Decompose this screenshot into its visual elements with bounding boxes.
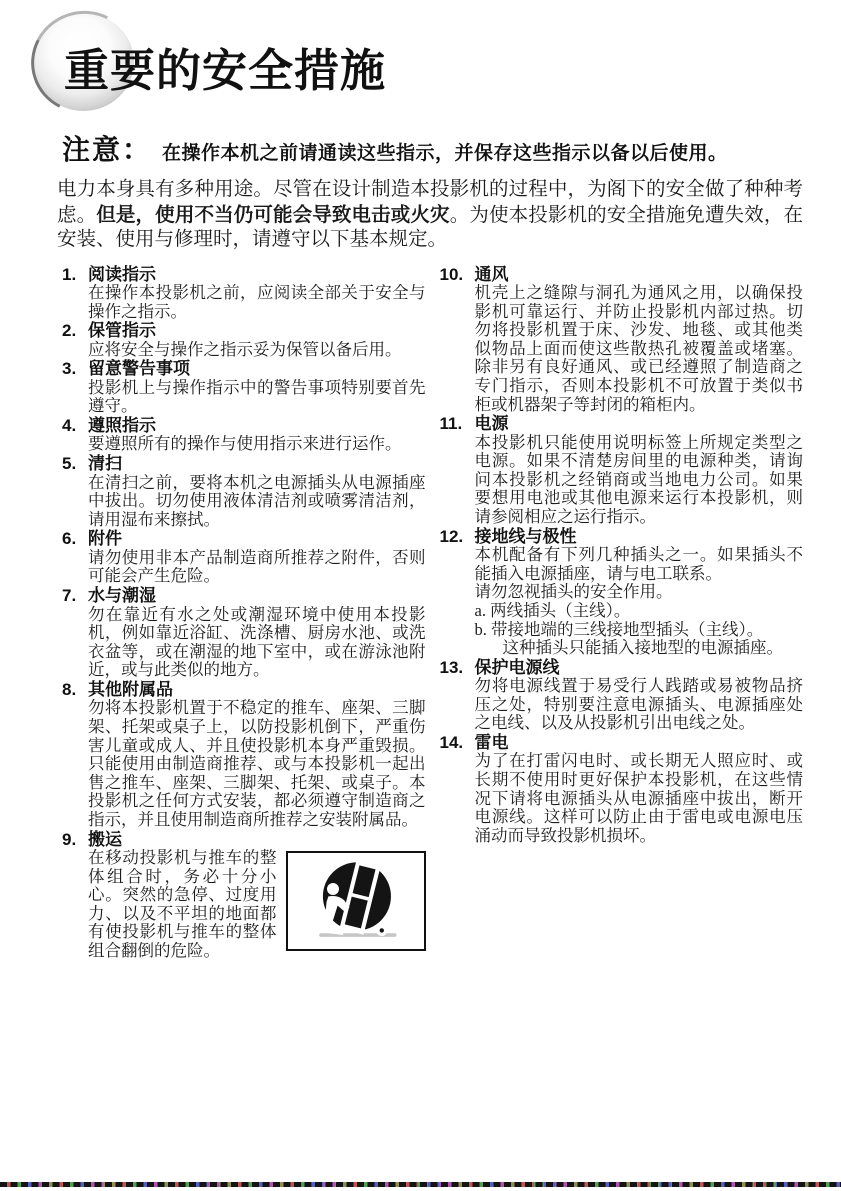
safety-instructions-page: 重要的安全措施 注意： 在操作本机之前请通读这些指示，并保存这些指示以备以后使用… — [0, 0, 841, 1191]
cart-tipping-icon — [291, 855, 421, 947]
item-heading: 清扫 — [88, 454, 426, 474]
item-body: 为了在打雷闪电时、或长期无人照应时、或长期不使用时更好保护本投影机，在这些情况下… — [475, 752, 804, 845]
safety-item: 8.其他附属品勿将本投影机置于不稳定的推车、座架、三脚架、托架或桌子上，以防投影… — [62, 680, 426, 830]
safety-item: 1.阅读指示在操作本投影机之前，应阅读全部关于安全与操作之指示。 — [62, 265, 426, 322]
item-number: 13. — [440, 658, 475, 733]
item-body: 本机配备有下列几种插头之一。如果插头不能插入电源插座，请与电工联系。 — [475, 546, 804, 583]
safety-item: 4.遵照指示要遵照所有的操作与使用指示来进行运作。 — [62, 416, 426, 454]
item-heading: 其他附属品 — [88, 680, 426, 700]
item-content: 电源本投影机只能使用说明标签上所规定类型之电源。如果不清楚房间里的电源种类，请询… — [475, 414, 804, 526]
item-number: 4. — [62, 416, 88, 454]
safety-item: 3.留意警告事项投影机上与操作指示中的警告事项特别要首先遵守。 — [62, 359, 426, 416]
notice-row: 注意： 在操作本机之前请通读这些指示，并保存这些指示以备以后使用。 — [62, 128, 803, 168]
safety-list-left: 1.阅读指示在操作本投影机之前，应阅读全部关于安全与操作之指示。2.保管指示应将… — [62, 265, 426, 961]
item-body: 投影机上与操作指示中的警告事项特别要首先遵守。 — [88, 379, 426, 416]
item-body: 机壳上之缝隙与洞孔为通风之用，以确保投影机可靠运行、并防止投影机内部过热。切勿将… — [475, 284, 804, 414]
item-content: 保管指示应将安全与操作之指示妥为保管以备后用。 — [88, 321, 426, 359]
item-body: 在清扫之前，要将本机之电源插头从电源插座中拔出。切勿使用液体清洁剂或喷雾清洁剂，… — [88, 474, 426, 530]
intro-bold-warning: 但是，使用不当仍可能会导致电击或火灾 — [96, 204, 449, 226]
item-heading: 保护电源线 — [475, 658, 804, 678]
item-body-line: b. 带接地端的三线接地型插头（主线）。 — [475, 621, 804, 640]
item-heading: 接地线与极性 — [475, 527, 804, 547]
item-number: 6. — [62, 529, 88, 586]
safety-item: 10.通风机壳上之缝隙与洞孔为通风之用，以确保投影机可靠运行、并防止投影机内部过… — [440, 265, 804, 415]
item-heading: 水与潮湿 — [88, 586, 426, 606]
item-heading: 遵照指示 — [88, 416, 426, 436]
item-heading: 阅读指示 — [88, 265, 426, 285]
safety-list-columns: 1.阅读指示在操作本投影机之前，应阅读全部关于安全与操作之指示。2.保管指示应将… — [62, 265, 803, 961]
item-body: 本投影机只能使用说明标签上所规定类型之电源。如果不清楚房间里的电源种类，请询问本… — [475, 434, 804, 527]
item-body: 应将安全与操作之指示妥为保管以备后用。 — [88, 341, 426, 360]
item-number: 11. — [440, 414, 475, 526]
notice-label: 注意： — [62, 128, 152, 168]
item-body: 请勿使用非本产品制造商所推荐之附件，否则可能会产生危险。 — [88, 549, 426, 586]
item-body: 勿将本投影机置于不稳定的推车、座架、三脚架、托架或桌子上，以防投影机倒下，严重伤… — [88, 699, 426, 829]
safety-item: 12.接地线与极性本机配备有下列几种插头之一。如果插头不能插入电源插座，请与电工… — [440, 527, 804, 658]
item-body: 勿将电源线置于易受行人践踏或易被物品挤压之处，特别要注意电源插头、电源插座处之电… — [475, 677, 804, 733]
safety-item: 9.搬运 在移动投影机与推车的整体组合时，务必十分小心。突然的急停、过度用力、以… — [62, 830, 426, 961]
item-content: 雷电为了在打雷闪电时、或长期无人照应时、或长期不使用时更好保护本投影机，在这些情… — [475, 733, 804, 845]
item-heading: 电源 — [475, 414, 804, 434]
item-heading: 附件 — [88, 529, 426, 549]
page-header: 重要的安全措施 — [0, 0, 841, 116]
item-body: 要遵照所有的操作与使用指示来进行运作。 — [88, 435, 426, 454]
safety-item: 14.雷电为了在打雷闪电时、或长期无人照应时、或长期不使用时更好保护本投影机，在… — [440, 733, 804, 845]
item-content: 清扫在清扫之前，要将本机之电源插头从电源插座中拔出。切勿使用液体清洁剂或喷雾清洁… — [88, 454, 426, 529]
item-heading: 通风 — [475, 265, 804, 285]
safety-item: 5.清扫在清扫之前，要将本机之电源插头从电源插座中拔出。切勿使用液体清洁剂或喷雾… — [62, 454, 426, 529]
item-heading: 雷电 — [475, 733, 804, 753]
cart-tipping-warning-image — [286, 851, 426, 951]
item-content: 留意警告事项投影机上与操作指示中的警告事项特别要首先遵守。 — [88, 359, 426, 416]
item-heading: 保管指示 — [88, 321, 426, 341]
item-number: 2. — [62, 321, 88, 359]
item-heading: 留意警告事项 — [88, 359, 426, 379]
item-body-line: 这种插头只能插入接地型的电源插座。 — [475, 639, 804, 658]
item-content: 附件请勿使用非本产品制造商所推荐之附件，否则可能会产生危险。 — [88, 529, 426, 586]
item-number: 12. — [440, 527, 475, 658]
safety-item: 7.水与潮湿勿在靠近有水之处或潮湿环境中使用本投影机，例如靠近浴缸、洗涤槽、厨房… — [62, 586, 426, 680]
item-number: 5. — [62, 454, 88, 529]
safety-list-right: 10.通风机壳上之缝隙与洞孔为通风之用，以确保投影机可靠运行、并防止投影机内部过… — [440, 265, 804, 961]
item-content: 遵照指示要遵照所有的操作与使用指示来进行运作。 — [88, 416, 426, 454]
item-body: 勿在靠近有水之处或潮湿环境中使用本投影机，例如靠近浴缸、洗涤槽、厨房水池、或洗衣… — [88, 606, 426, 680]
safety-item: 11.电源本投影机只能使用说明标签上所规定类型之电源。如果不清楚房间里的电源种类… — [440, 414, 804, 526]
item-number: 1. — [62, 265, 88, 322]
item-content: 接地线与极性本机配备有下列几种插头之一。如果插头不能插入电源插座，请与电工联系。… — [475, 527, 804, 658]
item-number: 7. — [62, 586, 88, 680]
item-body: 在操作本投影机之前，应阅读全部关于安全与操作之指示。 — [88, 284, 426, 321]
item-number: 8. — [62, 680, 88, 830]
item-content: 保护电源线勿将电源线置于易受行人践踏或易被物品挤压之处，特别要注意电源插头、电源… — [475, 658, 804, 733]
item-number: 14. — [440, 733, 475, 845]
item-body-line: a. 两线插头（主线）。 — [475, 602, 804, 621]
item-content: 水与潮湿勿在靠近有水之处或潮湿环境中使用本投影机，例如靠近浴缸、洗涤槽、厨房水池… — [88, 586, 426, 680]
page-bottom-dashed-line — [0, 1182, 841, 1187]
safety-item: 6.附件请勿使用非本产品制造商所推荐之附件，否则可能会产生危险。 — [62, 529, 426, 586]
item-content: 通风机壳上之缝隙与洞孔为通风之用，以确保投影机可靠运行、并防止投影机内部过热。切… — [475, 265, 804, 415]
safety-item: 2.保管指示应将安全与操作之指示妥为保管以备后用。 — [62, 321, 426, 359]
notice-text: 在操作本机之前请通读这些指示，并保存这些指示以备以后使用。 — [162, 138, 728, 165]
page-title: 重要的安全措施 — [64, 34, 386, 99]
item-body-line: 请勿忽视插头的安全作用。 — [475, 583, 804, 602]
item-content: 其他附属品勿将本投影机置于不稳定的推车、座架、三脚架、托架或桌子上，以防投影机倒… — [88, 680, 426, 830]
item-number: 9. — [62, 830, 88, 961]
item-content: 阅读指示在操作本投影机之前，应阅读全部关于安全与操作之指示。 — [88, 265, 426, 322]
item-number: 10. — [440, 265, 475, 415]
item-content: 搬运 在移动投影机与推车的整体组合时，务必十分小心。突然的急停、过度用力、以及不… — [88, 830, 426, 961]
intro-paragraph: 电力本身具有多种用途。尽管在设计制造本投影机的过程中，为阁下的安全做了种种考虑。… — [57, 178, 803, 253]
item-heading: 搬运 — [88, 830, 426, 850]
safety-item: 13.保护电源线勿将电源线置于易受行人践踏或易被物品挤压之处，特别要注意电源插头… — [440, 658, 804, 733]
item-number: 3. — [62, 359, 88, 416]
